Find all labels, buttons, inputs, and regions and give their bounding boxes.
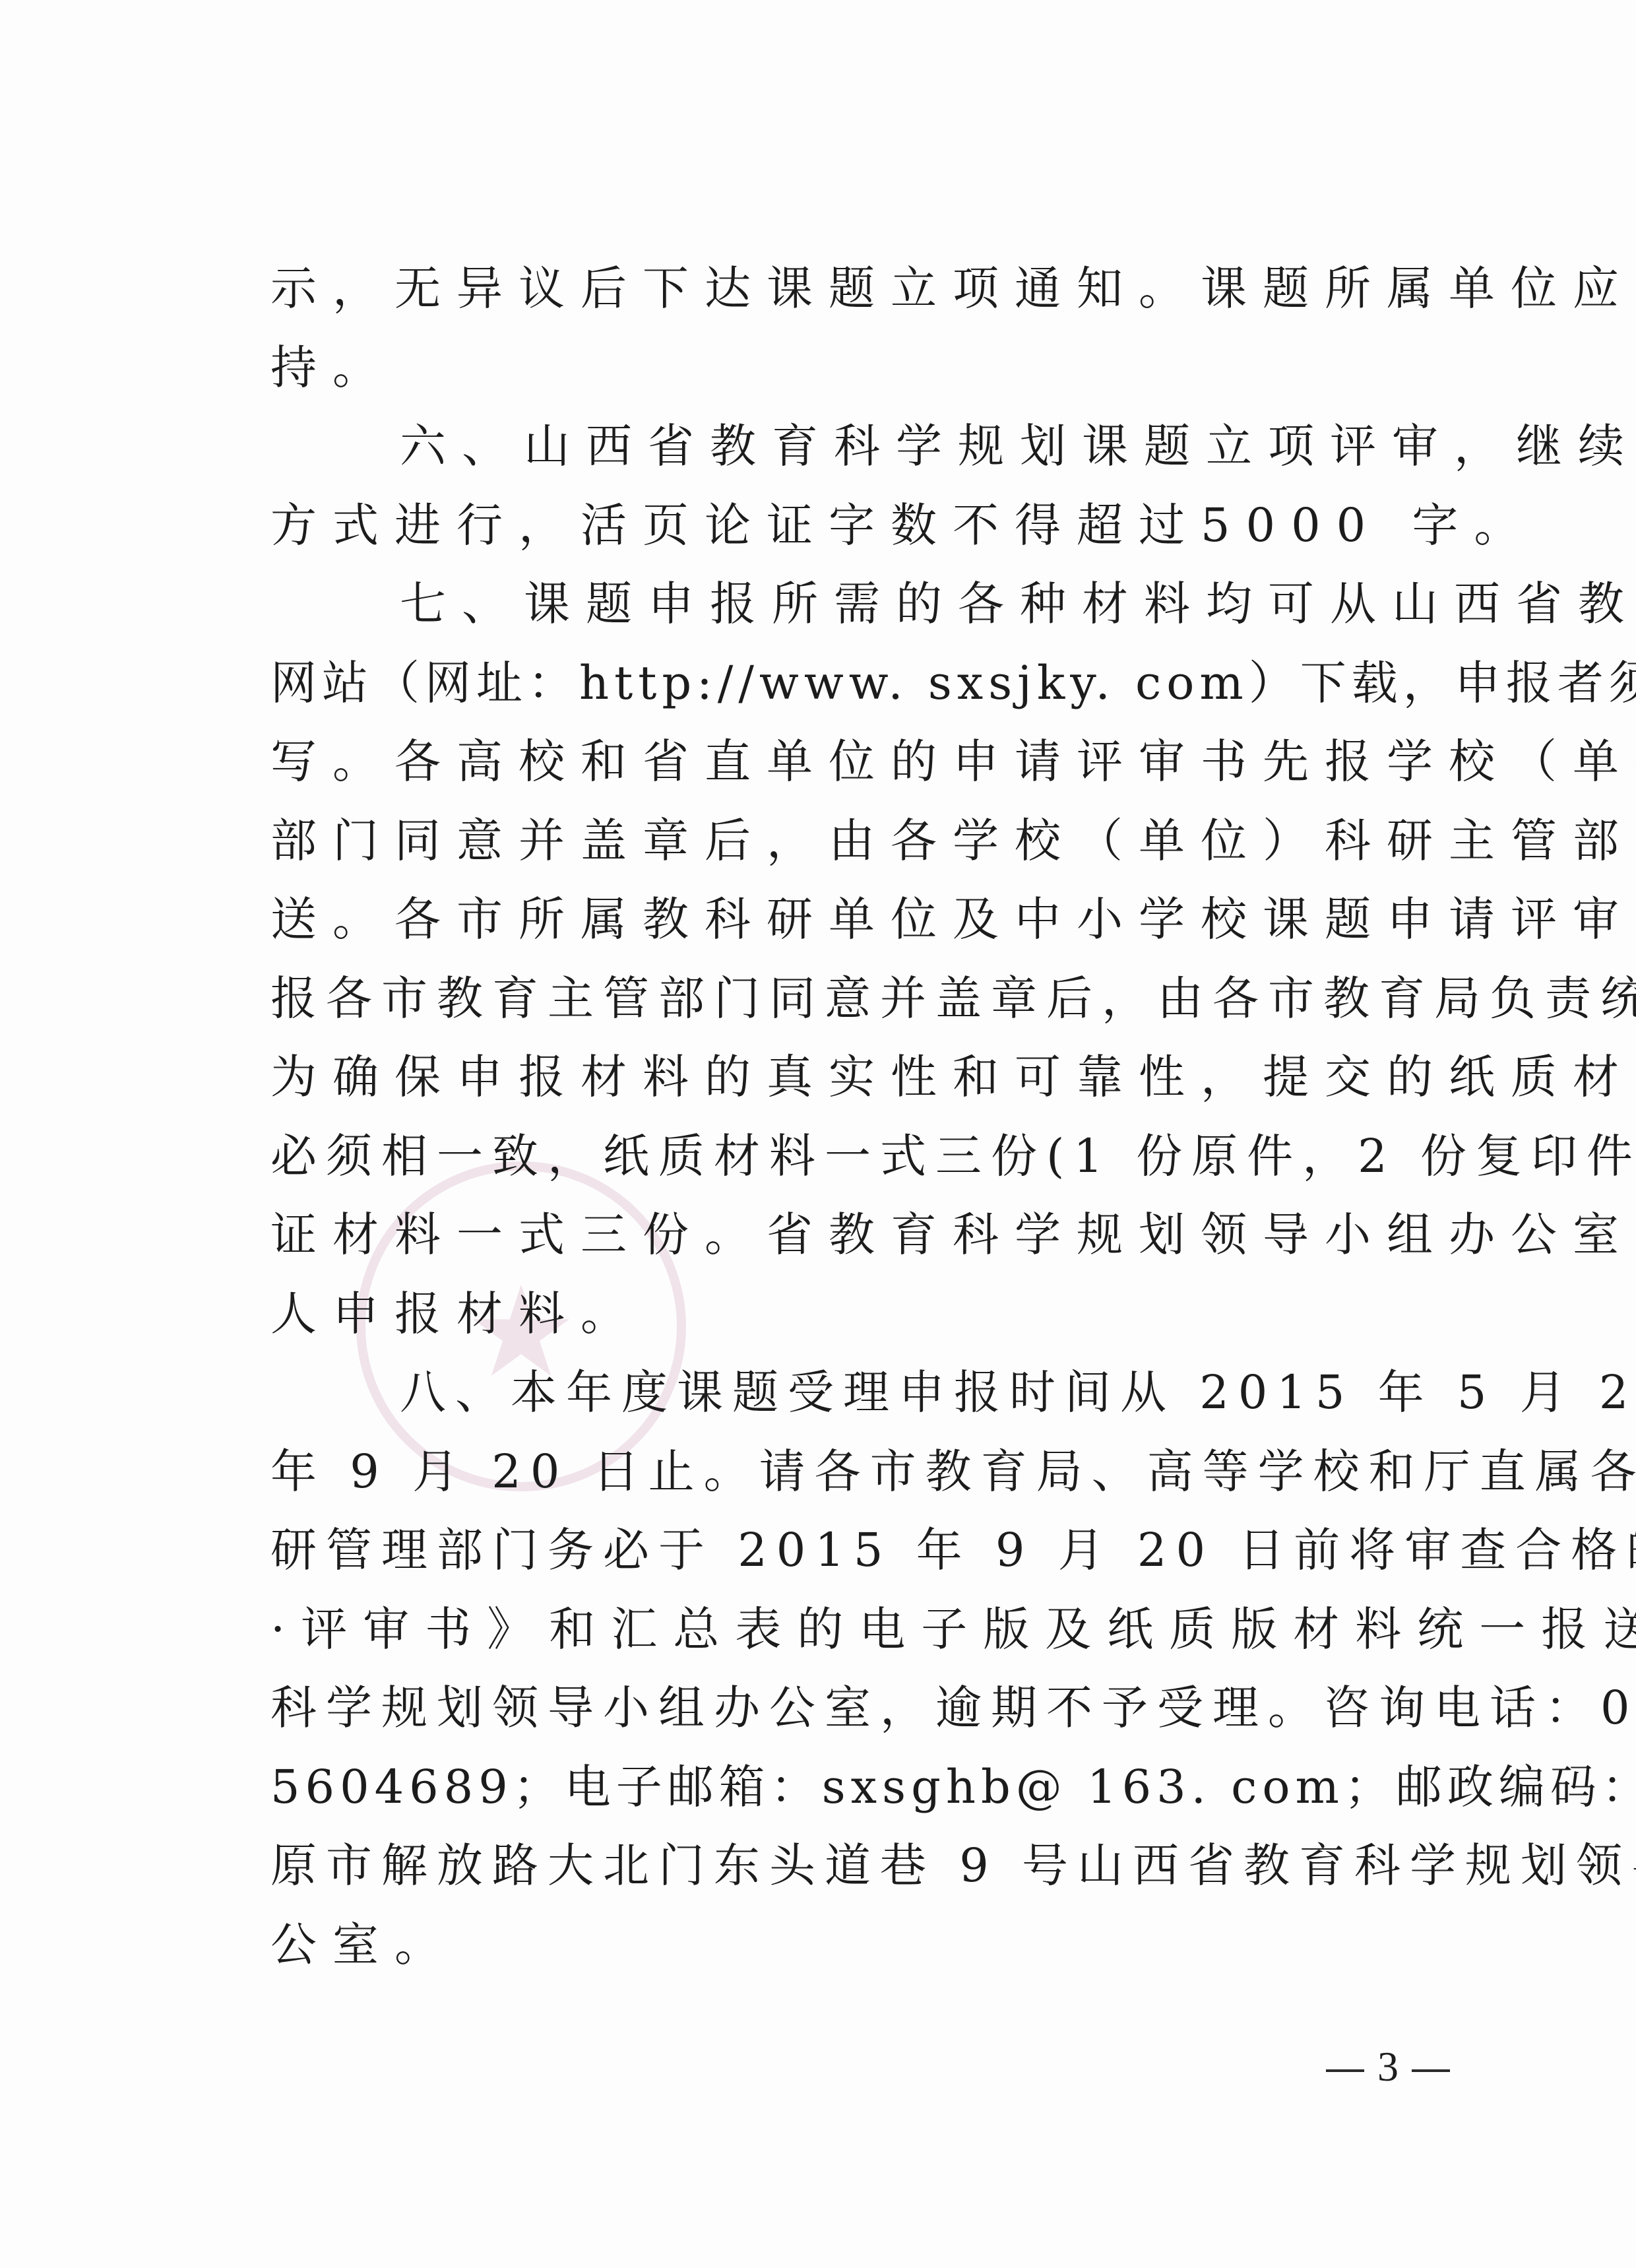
text-line: 方式进行，活页论证字数不得超过5000 字。 — [270, 486, 1511, 566]
text-line: 示，无异议后下达课题立项通知。课题所属单位应予以相应的支 — [270, 249, 1511, 329]
text-line-website: 网站（网址：http://www. sxsjky. com）下载，申报者须按要求… — [270, 644, 1511, 723]
dash-left — [1326, 2069, 1364, 2072]
text-line: ·评审书》和汇总表的电子版及纸质版材料统一报送山西省教育 — [270, 1590, 1511, 1669]
text-line: 部门同意并盖章后，由各学校（单位）科研主管部门统一汇总报 — [270, 802, 1511, 881]
text-line-section-7: 七、课题申报所需的各种材料均可从山西省教育科学研究院 — [270, 565, 1511, 644]
text-line: 为确保申报材料的真实性和可靠性，提交的纸质材料与电子材料 — [270, 1038, 1511, 1117]
text-line: 人申报材料。 — [270, 1275, 1511, 1354]
text-line: 研管理部门务必于 2015 年 9 月 20 日前将审查合格的《课题申请 — [270, 1511, 1511, 1590]
text-line: 写。各高校和省直单位的申请评审书先报学校（单位）科研主管 — [270, 723, 1511, 802]
text-line-section-6: 六、山西省教育科学规划课题立项评审，继续采用活页匿名的 — [270, 407, 1511, 486]
text-line: 年 9 月 20 日止。请各市教育局、高等学校和厅直属各单位教育科 — [270, 1433, 1511, 1512]
text-line: 送。各市所属教科研单位及中小学校课题申请评审书和相关材料 — [270, 880, 1511, 959]
text-line: 必须相一致，纸质材料一式三份(1 份原件，2 份复印件)，活页论 — [270, 1117, 1511, 1196]
text-line-section-8: 八、本年度课题受理申报时间从 2015 年 5 月 20 日起至 2015 — [270, 1353, 1511, 1433]
body-text: 示，无异议后下达课题立项通知。课题所属单位应予以相应的支 持。 六、山西省教育科… — [270, 249, 1511, 1984]
text-line: 公室。 — [270, 1906, 1511, 1985]
text-line-phone: 科学规划领导小组办公室，逾期不予受理。咨询电话：0351— — [270, 1669, 1511, 1748]
dash-right — [1412, 2069, 1450, 2072]
text-line-contact: 5604689；电子邮箱：sxsghb@ 163. com；邮政编码：03000… — [270, 1748, 1511, 1827]
text-line: 报各市教育主管部门同意并盖章后，由各市教育局负责统一报送。 — [270, 959, 1511, 1039]
page-number-value: 3 — [1377, 2043, 1399, 2090]
text-line: 持。 — [270, 329, 1511, 408]
text-line-address: 原市解放路大北门东头道巷 9 号山西省教育科学规划领导小组办 — [270, 1827, 1511, 1906]
page-number: 3 — [1313, 2042, 1463, 2091]
document-page: ★ 示，无异议后下达课题立项通知。课题所属单位应予以相应的支 持。 六、山西省教… — [0, 0, 1636, 2268]
text-line: 证材料一式三份。省教育科学规划领导小组办公室不直接受理个 — [270, 1196, 1511, 1275]
